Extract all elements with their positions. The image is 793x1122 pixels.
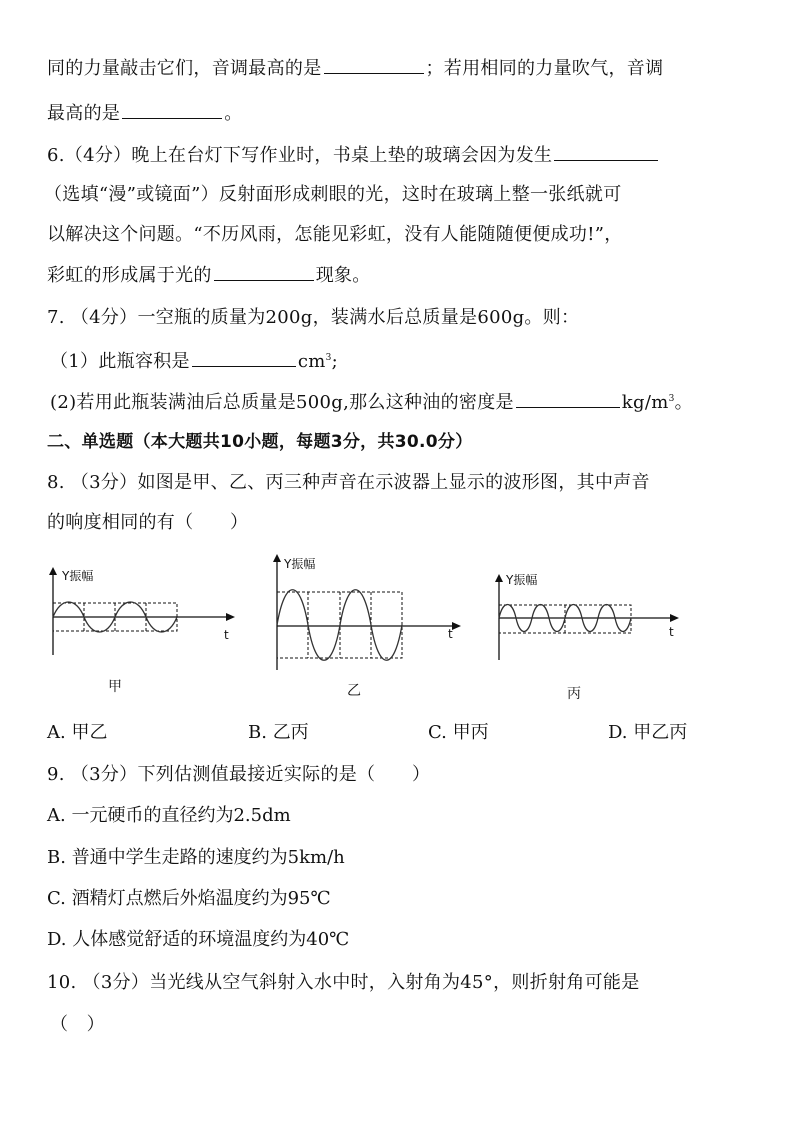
q9-option-d[interactable]: D. 人体感觉舒适的环境温度约为40℃ (47, 927, 349, 953)
q7-part2-end: 。 (675, 392, 693, 413)
q10-line-2: （ ） (50, 1012, 105, 1038)
svg-text:t: t (224, 628, 229, 642)
q5-line-1: 同的力量敲击它们，音调最高的是；若用相同的力量吹气，音调 (47, 55, 663, 82)
q6-text-a: 彩虹的形成属于光的 (47, 265, 212, 286)
option-text: 甲乙丙 (633, 722, 687, 743)
q8-option-a[interactable]: A. 甲乙 (47, 720, 107, 746)
q9-option-b[interactable]: B. 普通中学生走路的速度约为5km/h (47, 845, 345, 871)
svg-text:t: t (669, 625, 674, 639)
q7-part-1: （1）此瓶容积是cm3; (50, 345, 338, 375)
q8-line-2: 的响度相同的有（ ） (47, 510, 248, 536)
y-axis-label: Y振幅 (61, 568, 93, 583)
q7-part2-unit: kg/m (622, 392, 669, 413)
option-text: 普通中学生走路的速度约为5km/h (72, 847, 345, 868)
q6-line-2: （选填“漫”或镜面”）反射面形成刺眼的光，这时在玻璃上整一张纸就可 (44, 182, 622, 208)
q6-stem: 6.（4分）晚上在台灯下写作业时，书桌上垫的玻璃会因为发生 (47, 145, 552, 166)
q6-line-4: 彩虹的形成属于光的现象。 (47, 262, 371, 289)
q9-option-c[interactable]: C. 酒精灯点燃后外焰温度约为95℃ (47, 886, 331, 912)
q9-stem: 9. （3分）下列估测值最接近实际的是（ ） (47, 762, 430, 788)
option-label: D. (47, 929, 67, 950)
q6-answer-blank-1[interactable] (554, 142, 658, 161)
q7-part2-text: (2)若用此瓶装满油后总质量是500g,那么这种油的密度是 (50, 392, 514, 413)
q6-line-3: 以解决这个问题。“不历风雨，怎能见彩虹，没有人能随随便便成功!”， (47, 222, 623, 248)
option-label: C. (428, 722, 447, 743)
q7-answer-blank-2[interactable] (516, 389, 620, 408)
option-label: C. (47, 888, 66, 909)
q8-option-d[interactable]: D. 甲乙丙 (608, 720, 687, 746)
q7-part1-end: ; (332, 351, 338, 372)
option-text: 乙丙 (273, 722, 309, 743)
option-label: A. (47, 805, 66, 826)
option-label: D. (608, 722, 628, 743)
svg-text:Y振幅: Y振幅 (505, 572, 537, 587)
q6-text-b: 现象。 (316, 265, 371, 286)
svg-text:t: t (448, 627, 453, 641)
q7-answer-blank-1[interactable] (192, 348, 296, 367)
q9-option-a[interactable]: A. 一元硬币的直径约为2.5dm (47, 803, 291, 829)
option-label: B. (47, 847, 66, 868)
option-text: 甲乙 (71, 722, 107, 743)
svg-text:Y振幅: Y振幅 (283, 556, 315, 571)
q8-option-c[interactable]: C. 甲丙 (428, 720, 489, 746)
option-text: 酒精灯点燃后外焰温度约为95℃ (72, 888, 331, 909)
q7-part-2: (2)若用此瓶装满油后总质量是500g,那么这种油的密度是kg/m3。 (50, 386, 693, 416)
option-text: 一元硬币的直径约为2.5dm (71, 805, 290, 826)
q6-answer-blank-2[interactable] (214, 262, 314, 281)
figure-caption-jia: 甲 (108, 676, 122, 696)
option-text: 人体感觉舒适的环境温度约为40℃ (72, 929, 349, 950)
option-label: A. (47, 722, 66, 743)
figure-caption-yi: 乙 (347, 680, 361, 700)
waveform-figure-jia: Y振幅 t (40, 565, 240, 660)
q5-text-a: 同的力量敲击它们，音调最高的是 (47, 58, 322, 79)
waveform-figure-yi: Y振幅 t (268, 552, 468, 672)
q5-text-d: 。 (224, 103, 242, 124)
q5-text-b: ；若用相同的力量吹气，音调 (426, 58, 664, 79)
q8-option-b[interactable]: B. 乙丙 (248, 720, 309, 746)
section-heading: 二、单选题（本大题共10小题，每题3分，共30.0分） (47, 429, 473, 455)
figure-caption-bing: 丙 (567, 683, 581, 703)
q5-answer-blank-1[interactable] (324, 55, 424, 74)
q5-line-2: 最高的是。 (47, 100, 243, 127)
q5-text-c: 最高的是 (47, 103, 120, 124)
q8-line-1: 8. （3分）如图是甲、乙、丙三种声音在示波器上显示的波形图，其中声音 (47, 470, 650, 496)
q5-answer-blank-2[interactable] (122, 100, 222, 119)
q7-part1-unit: cm (298, 351, 326, 372)
q10-line-1: 10. （3分）当光线从空气斜射入水中时，入射角为45°，则折射角可能是 (47, 970, 640, 996)
option-text: 甲丙 (453, 722, 489, 743)
waveform-figure-bing: Y振幅 t (492, 572, 692, 664)
q7-part1-text: （1）此瓶容积是 (50, 351, 190, 372)
q6-line-1: 6.（4分）晚上在台灯下写作业时，书桌上垫的玻璃会因为发生 (47, 142, 660, 169)
option-label: B. (248, 722, 267, 743)
q7-stem: 7. （4分）一空瓶的质量为200g，装满水后总质量是600g。则： (47, 305, 579, 331)
